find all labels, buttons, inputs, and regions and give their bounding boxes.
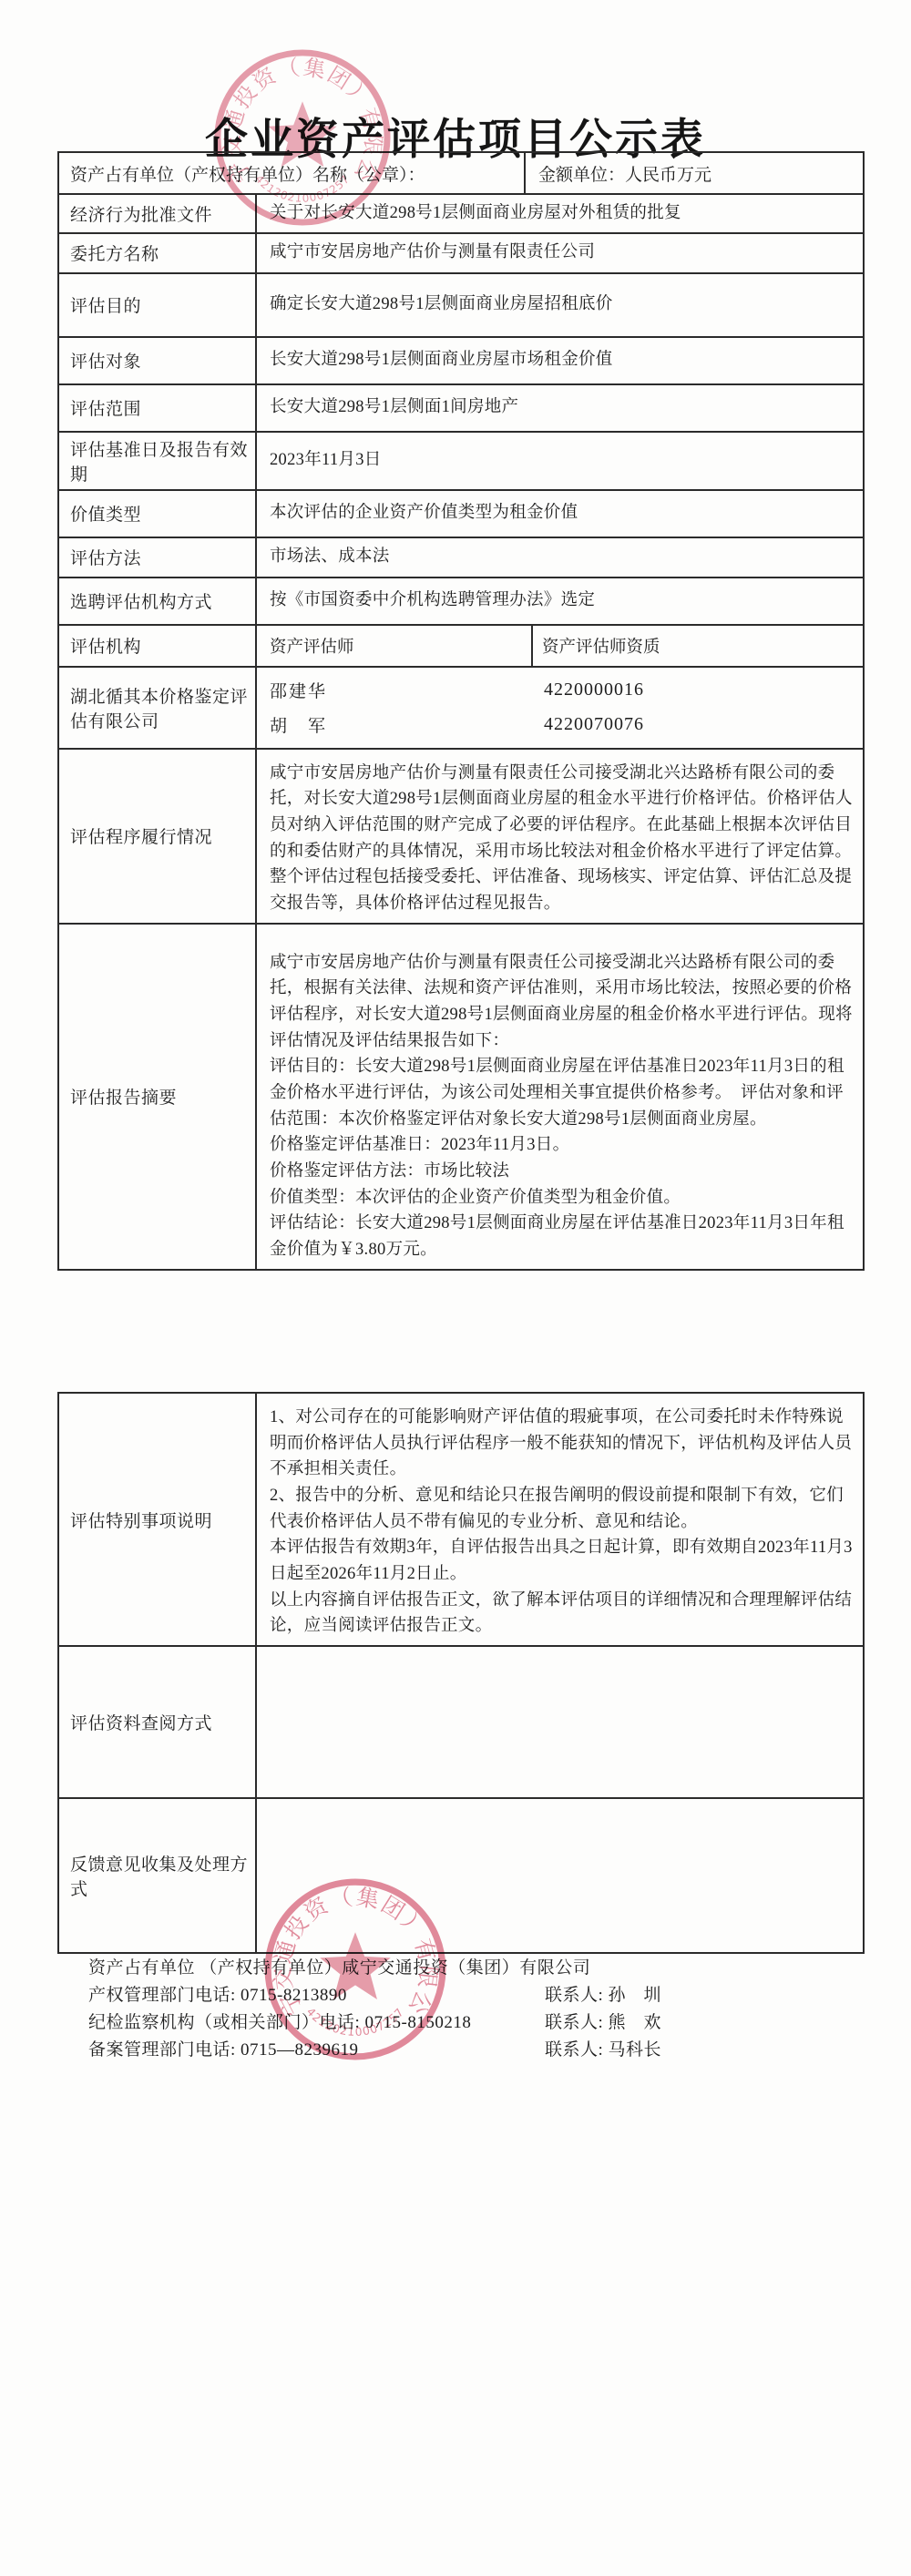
row-value: 本次评估的企业资产价值类型为租金价值 [257,491,863,537]
table-row: 委托方名称 咸宁市安居房地产估价与测量有限责任公司 [59,234,863,274]
row-label: 评估方法 [59,538,257,577]
special-notes-table: 评估特别事项说明 1、对公司存在的可能影响财产评估值的瑕疵事项，在公司委托时未作… [57,1392,865,1954]
row-label: 反馈意见收集及处理方式 [59,1799,257,1952]
report-summary-row: 评估报告摘要 咸宁市安居房地产估价与测量有限责任公司接受湖北兴达路桥有限公司的委… [59,925,863,1269]
asset-holder-line: 资产占有单位 （产权持有单位）咸宁交通投资（集团）有限公司 [88,1955,590,1981]
table-row: 评估方法 市场法、成本法 [59,538,863,578]
appraiser-cert-number: 4220000016 [533,680,863,700]
row-label: 经济行为批准文件 [59,195,257,232]
property-dept-phone: 产权管理部门电话: 0715-8213890 [88,1982,545,2009]
amount-unit-label: 金额单位：人民币万元 [526,153,863,193]
row-value: 长安大道298号1层侧面1间房地产 [257,385,863,431]
row-label: 评估资料查阅方式 [59,1647,257,1797]
table-row: 评估对象 长安大道298号1层侧面商业房屋市场租金价值 [59,338,863,385]
row-label: 评估程序履行情况 [59,750,257,923]
discipline-dept-phone: 纪检监察机构（或相关部门）电话: 0715-8150218 [88,2009,545,2036]
contact-person: 联系人: 熊 欢 [545,2009,854,2036]
row-label: 评估机构 [59,626,257,666]
row-value: 确定长安大道298号1层侧面商业房屋招租底价 [257,274,863,336]
appraiser-cert-column-header: 资产评估师资质 [533,626,863,666]
appraiser-name: 胡 军 [257,712,533,737]
appraiser-name: 邵建华 [257,678,533,702]
appraiser-cert-number: 4220070076 [533,714,863,735]
row-label: 选聘评估机构方式 [59,578,257,624]
row-label: 价值类型 [59,491,257,537]
filing-dept-phone: 备案管理部门电话: 0715—8239619 [88,2037,545,2063]
row-value: 1、对公司存在的可能影响财产评估值的瑕疵事项，在公司委托时未作特殊说明而价格评估… [257,1394,863,1645]
row-value: 市场法、成本法 [257,538,863,577]
row-label: 评估报告摘要 [59,925,257,1269]
table-row: 资产占有单位（产权持有单位）名称（公章）： 金额单位：人民币万元 [59,153,863,195]
appraisal-agency-header-row: 评估机构 资产评估师 资产评估师资质 [59,626,863,668]
row-value: 咸宁市安居房地产估价与测量有限责任公司接受湖北兴达路桥有限公司的委托，根据有关法… [257,925,863,1269]
appraiser-column-header: 资产评估师 [257,626,533,666]
row-label: 评估范围 [59,385,257,431]
table-row: 经济行为批准文件 关于对长安大道298号1层侧面商业房屋对外租赁的批复 [59,195,863,234]
row-label: 评估目的 [59,274,257,336]
table-row: 评估基准日及报告有效期 2023年11月3日 [59,433,863,491]
appraisal-publicity-table: 资产占有单位（产权持有单位）名称（公章）： 金额单位：人民币万元 经济行为批准文… [57,151,865,1271]
row-value: 按《市国资委中介机构选聘管理办法》选定 [257,578,863,624]
table-row: 评估资料查阅方式 [59,1647,863,1799]
appraisal-company-label: 湖北循其本价格鉴定评估有限公司 [59,668,257,748]
table-row: 价值类型 本次评估的企业资产价值类型为租金价值 [59,491,863,538]
table-row: 评估目的 确定长安大道298号1层侧面商业房屋招租底价 [59,274,863,338]
asset-holder-header-label: 资产占有单位（产权持有单位）名称（公章）： [59,153,526,193]
table-row: 评估特别事项说明 1、对公司存在的可能影响财产评估值的瑕疵事项，在公司委托时未作… [59,1394,863,1647]
row-label: 评估基准日及报告有效期 [59,433,257,489]
procedure-row: 评估程序履行情况 咸宁市安居房地产估价与测量有限责任公司接受湖北兴达路桥有限公司… [59,750,863,925]
appraiser-names-row: 湖北循其本价格鉴定评估有限公司 邵建华 4220000016 胡 军 42200… [59,668,863,750]
contact-person: 联系人: 孙 圳 [545,1982,854,2009]
row-label: 评估对象 [59,338,257,383]
table-row: 评估范围 长安大道298号1层侧面1间房地产 [59,385,863,433]
row-label: 评估特别事项说明 [59,1394,257,1645]
row-value: 咸宁市安居房地产估价与测量有限责任公司 [257,234,863,272]
table-row: 反馈意见收集及处理方式 [59,1799,863,1952]
row-value: 关于对长安大道298号1层侧面商业房屋对外租赁的批复 [257,195,863,232]
contact-person: 联系人: 马科长 [545,2037,854,2063]
row-value: 咸宁市安居房地产估价与测量有限责任公司接受湖北兴达路桥有限公司的委托，对长安大道… [257,750,863,923]
row-value [257,1799,863,1952]
row-value: 长安大道298号1层侧面商业房屋市场租金价值 [257,338,863,383]
document-page: 企业资产评估项目公示表 资产占有单位（产权持有单位）名称（公章）： 金额单位：人… [0,0,911,2576]
row-label: 委托方名称 [59,234,257,272]
row-value: 2023年11月3日 [257,433,863,489]
table-row: 选聘评估机构方式 按《市国资委中介机构选聘管理办法》选定 [59,578,863,626]
contact-footer: 资产占有单位 （产权持有单位）咸宁交通投资（集团）有限公司 产权管理部门电话: … [88,1955,854,2064]
row-value [257,1647,863,1797]
